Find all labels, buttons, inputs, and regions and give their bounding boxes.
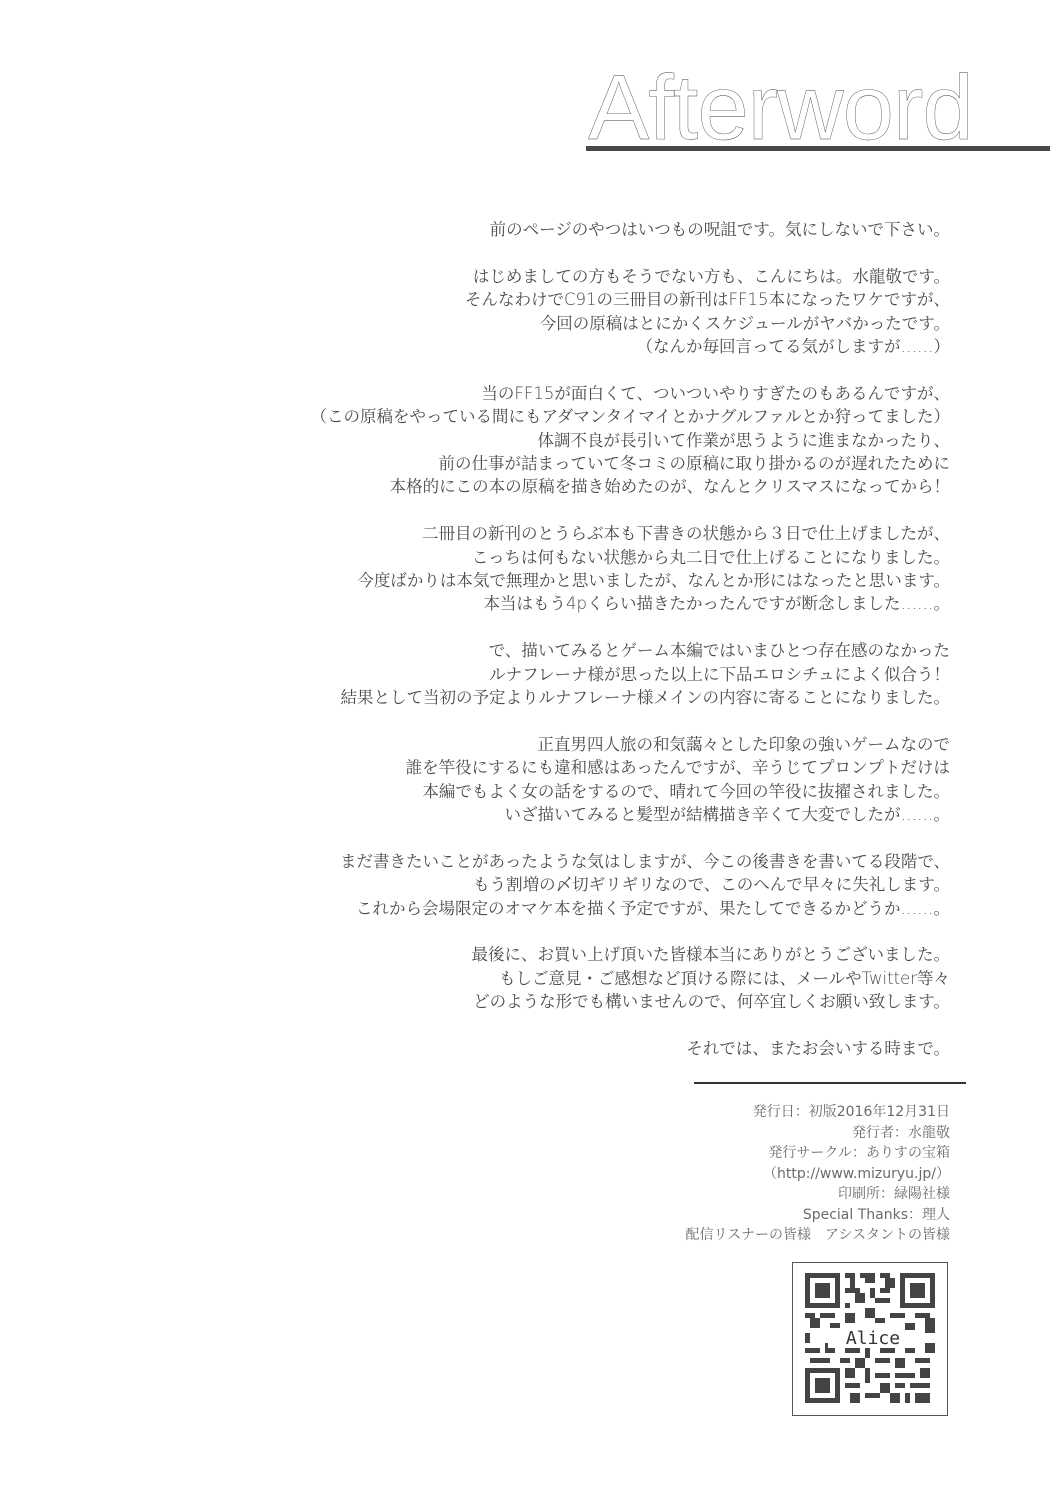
text-line: （なんか毎回言ってる気がしますが……）: [250, 335, 950, 358]
paragraph-7: まだ書きたいことがあったような気はしますが、今この後書きを書いてる段階で、 もう…: [250, 850, 950, 920]
paragraph-2: はじめましての方もそうでない方も、こんにちは。水龍敬です。 そんなわけでC91の…: [250, 265, 950, 359]
text-line: そんなわけでC91の三冊目の新刊はFF15本になったワケですが、: [250, 288, 950, 311]
text-line: 誰を竿役にするにも違和感はあったんですが、辛うじてプロンプトだけは: [250, 756, 950, 779]
qr-label: Alice: [828, 1330, 918, 1348]
website-url: （http://www.mizuryu.jp/）: [686, 1164, 950, 1185]
text-line: 前の仕事が詰まっていて冬コミの原稿に取り掛かるのが遅れたために: [250, 452, 950, 475]
publish-date: 発行日：初版2016年12月31日: [686, 1102, 950, 1123]
paragraph-6: 正直男四人旅の和気藹々とした印象の強いゲームなので 誰を竿役にするにも違和感はあ…: [250, 733, 950, 827]
paragraph-1: 前のページのやつはいつもの呪詛です。気にしないで下さい。: [250, 218, 950, 241]
paragraph-4: 二冊目の新刊のとうらぶ本も下書きの状態から３日で仕上げましたが、 こっちは何もな…: [250, 522, 950, 616]
text-line: もう割増の〆切ギリギリなので、このへんで早々に失礼します。: [250, 873, 950, 896]
thanks-listeners: 配信リスナーの皆様 アシスタントの皆様: [686, 1225, 950, 1246]
text-line: まだ書きたいことがあったような気はしますが、今この後書きを書いてる段階で、: [250, 850, 950, 873]
text-line: 最後に、お買い上げ頂いた皆様本当にありがとうございました。: [250, 943, 950, 966]
text-line: 体調不良が長引いて作業が思うように進まなかったり、: [250, 429, 950, 452]
text-line: どのような形でも構いませんので、何卒宜しくお願い致します。: [250, 990, 950, 1013]
text-line: （この原稿をやっている間にもアダマンタイマイとかナグルファルとか狩ってました）: [250, 405, 950, 428]
afterword-body: 前のページのやつはいつもの呪詛です。気にしないで下さい。 はじめましての方もそう…: [250, 218, 950, 1084]
text-line: それでは、またお会いする時まで。: [250, 1037, 950, 1060]
text-line: 本当はもう4pくらい描きたかったんですが断念しました……。: [250, 592, 950, 615]
text-line: 当のFF15が面白くて、ついついやりすぎたのもあるんですが、: [250, 382, 950, 405]
text-line: 正直男四人旅の和気藹々とした印象の強いゲームなので: [250, 733, 950, 756]
text-line: はじめましての方もそうでない方も、こんにちは。水龍敬です。: [250, 265, 950, 288]
text-line: こっちは何もない状態から丸二日で仕上げることになりました。: [250, 546, 950, 569]
paragraph-3: 当のFF15が面白くて、ついついやりすぎたのもあるんですが、 （この原稿をやって…: [250, 382, 950, 499]
text-line: 前のページのやつはいつもの呪詛です。気にしないで下さい。: [250, 218, 950, 241]
text-line: ルナフレーナ様が思った以上に下品エロシチュによく似合う！: [250, 663, 950, 686]
publisher: 発行者：水龍敬: [686, 1123, 950, 1144]
paragraph-5: で、描いてみるとゲーム本編ではいまひとつ存在感のなかった ルナフレーナ様が思った…: [250, 639, 950, 709]
title-underline: [586, 146, 1050, 151]
text-line: いざ描いてみると髪型が結構描き辛くて大変でしたが……。: [250, 803, 950, 826]
text-line: 本格的にこの本の原稿を描き始めたのが、なんとクリスマスになってから！: [250, 475, 950, 498]
colophon-divider: [694, 1082, 966, 1084]
paragraph-8: 最後に、お買い上げ頂いた皆様本当にありがとうございました。 もしご意見・ご感想な…: [250, 943, 950, 1013]
special-thanks: Special Thanks：理人: [686, 1205, 950, 1226]
text-line: 結果として当初の予定よりルナフレーナ様メインの内容に寄ることになりました。: [250, 686, 950, 709]
qr-code: Alice: [792, 1262, 948, 1416]
colophon: 発行日：初版2016年12月31日 発行者：水龍敬 発行サークル：ありすの宝箱 …: [686, 1102, 950, 1246]
text-line: 本編でもよく女の話をするので、晴れて今回の竿役に抜擢されました。: [250, 780, 950, 803]
text-line: 今回の原稿はとにかくスケジュールがヤバかったです。: [250, 312, 950, 335]
paragraph-9: それでは、またお会いする時まで。: [250, 1037, 950, 1060]
text-line: これから会場限定のオマケ本を描く予定ですが、果たしてできるかどうか……。: [250, 897, 950, 920]
text-line: もしご意見・ご感想など頂ける際には、メールやTwitter等々: [250, 967, 950, 990]
circle-name: 発行サークル：ありすの宝箱: [686, 1143, 950, 1164]
text-line: 二冊目の新刊のとうらぶ本も下書きの状態から３日で仕上げましたが、: [250, 522, 950, 545]
page-title: Afterword: [588, 62, 973, 154]
printer: 印刷所：緑陽社様: [686, 1184, 950, 1205]
text-line: で、描いてみるとゲーム本編ではいまひとつ存在感のなかった: [250, 639, 950, 662]
text-line: 今度ばかりは本気で無理かと思いましたが、なんとか形にはなったと思います。: [250, 569, 950, 592]
